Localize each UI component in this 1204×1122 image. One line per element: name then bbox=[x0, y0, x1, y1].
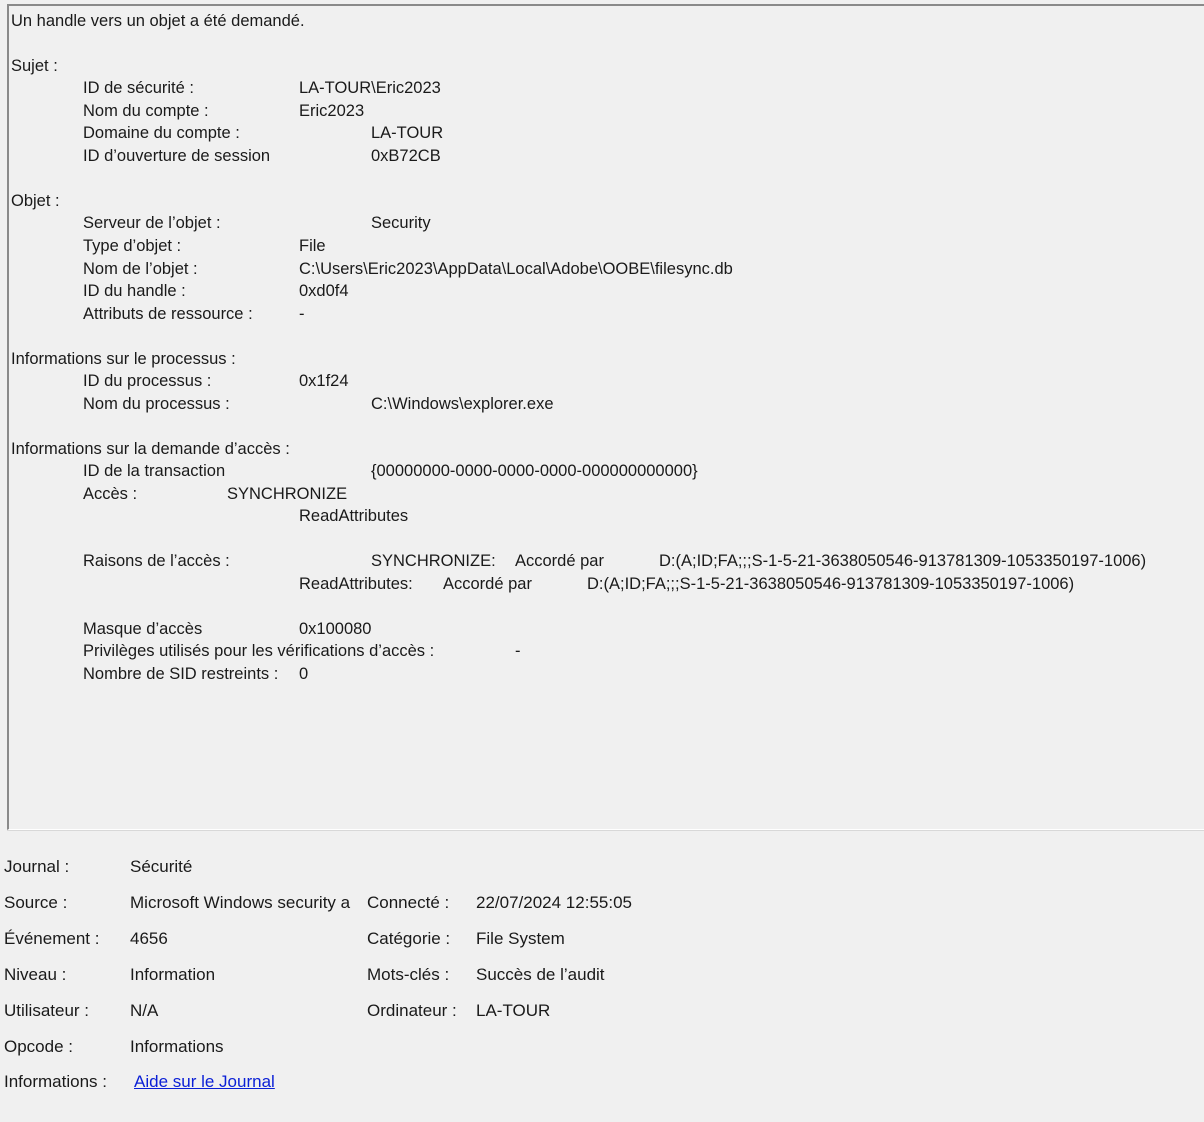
task-category-value: File System bbox=[476, 929, 565, 949]
task-category-label: Catégorie : bbox=[367, 929, 450, 949]
reason-right: SYNCHRONIZE: bbox=[371, 551, 496, 571]
logon-id-value: 0xB72CB bbox=[371, 146, 441, 166]
more-info-label: Informations : bbox=[4, 1072, 107, 1092]
handle-id-label: ID du handle : bbox=[83, 281, 186, 301]
account-name-label: Nom du compte : bbox=[83, 101, 209, 121]
resource-attributes-label: Attributs de ressource : bbox=[83, 304, 253, 324]
level-value: Information bbox=[130, 965, 215, 985]
handle-id-value: 0xd0f4 bbox=[299, 281, 349, 301]
user-label: Utilisateur : bbox=[4, 1001, 89, 1021]
account-name-value: Eric2023 bbox=[299, 101, 364, 121]
access-item: SYNCHRONIZE bbox=[227, 484, 347, 504]
level-label: Niveau : bbox=[4, 965, 66, 985]
process-name-value: C:\Windows\explorer.exe bbox=[371, 394, 554, 414]
security-id-label: ID de sécurité : bbox=[83, 78, 194, 98]
event-id-value: 4656 bbox=[130, 929, 168, 949]
transaction-id-value: {00000000-0000-0000-0000-000000000000} bbox=[371, 461, 698, 481]
privileges-label: Privilèges utilisés pour les vérificatio… bbox=[83, 641, 434, 661]
opcode-value: Informations bbox=[130, 1037, 224, 1057]
security-id-value: LA-TOUR\Eric2023 bbox=[299, 78, 441, 98]
process-header: Informations sur le processus : bbox=[11, 349, 236, 369]
reason-right: ReadAttributes: bbox=[299, 574, 413, 594]
log-name-label: Journal : bbox=[4, 857, 69, 877]
object-server-value: Security bbox=[371, 213, 431, 233]
access-reasons-label: Raisons de l’accès : bbox=[83, 551, 230, 571]
access-mask-value: 0x100080 bbox=[299, 619, 372, 639]
transaction-id-label: ID de la transaction bbox=[83, 461, 225, 481]
restricted-sid-value: 0 bbox=[299, 664, 308, 684]
subject-header: Sujet : bbox=[11, 56, 58, 76]
object-type-label: Type d’objet : bbox=[83, 236, 181, 256]
logon-id-label: ID d’ouverture de session bbox=[83, 146, 270, 166]
reason-granted-by: D:(A;ID;FA;;;S-1-5-21-3638050546-9137813… bbox=[587, 574, 1074, 594]
description-intro: Un handle vers un objet a été demandé. bbox=[11, 11, 305, 31]
accesses-label: Accès : bbox=[83, 484, 137, 504]
reason-granted: Accordé par bbox=[515, 551, 604, 571]
logged-value: 22/07/2024 12:55:05 bbox=[476, 893, 632, 913]
logged-label: Connecté : bbox=[367, 893, 449, 913]
user-value: N/A bbox=[130, 1001, 158, 1021]
event-log-help-link[interactable]: Aide sur le Journal bbox=[134, 1072, 275, 1092]
process-id-value: 0x1f24 bbox=[299, 371, 349, 391]
account-domain-label: Domaine du compte : bbox=[83, 123, 240, 143]
source-value: Microsoft Windows security a bbox=[130, 893, 358, 913]
object-server-label: Serveur de l’objet : bbox=[83, 213, 221, 233]
object-name-value: C:\Users\Eric2023\AppData\Local\Adobe\OO… bbox=[299, 259, 733, 279]
event-id-label: Événement : bbox=[4, 929, 99, 949]
reason-granted: Accordé par bbox=[443, 574, 532, 594]
keywords-value: Succès de l’audit bbox=[476, 965, 605, 985]
opcode-label: Opcode : bbox=[4, 1037, 73, 1057]
source-label: Source : bbox=[4, 893, 67, 913]
resource-attributes-value: - bbox=[299, 304, 305, 324]
access-item: ReadAttributes bbox=[299, 506, 408, 526]
object-type-value: File bbox=[299, 236, 326, 256]
reason-granted-by: D:(A;ID;FA;;;S-1-5-21-3638050546-9137813… bbox=[659, 551, 1146, 571]
log-name-value: Sécurité bbox=[130, 857, 192, 877]
process-id-label: ID du processus : bbox=[83, 371, 211, 391]
object-header: Objet : bbox=[11, 191, 60, 211]
access-mask-label: Masque d’accès bbox=[83, 619, 202, 639]
account-domain-value: LA-TOUR bbox=[371, 123, 443, 143]
restricted-sid-label: Nombre de SID restreints : bbox=[83, 664, 278, 684]
computer-label: Ordinateur : bbox=[367, 1001, 457, 1021]
computer-value: LA-TOUR bbox=[476, 1001, 550, 1021]
object-name-label: Nom de l’objet : bbox=[83, 259, 198, 279]
privileges-value: - bbox=[515, 641, 521, 661]
keywords-label: Mots-clés : bbox=[367, 965, 449, 985]
access-request-header: Informations sur la demande d’accès : bbox=[11, 439, 290, 459]
process-name-label: Nom du processus : bbox=[83, 394, 230, 414]
